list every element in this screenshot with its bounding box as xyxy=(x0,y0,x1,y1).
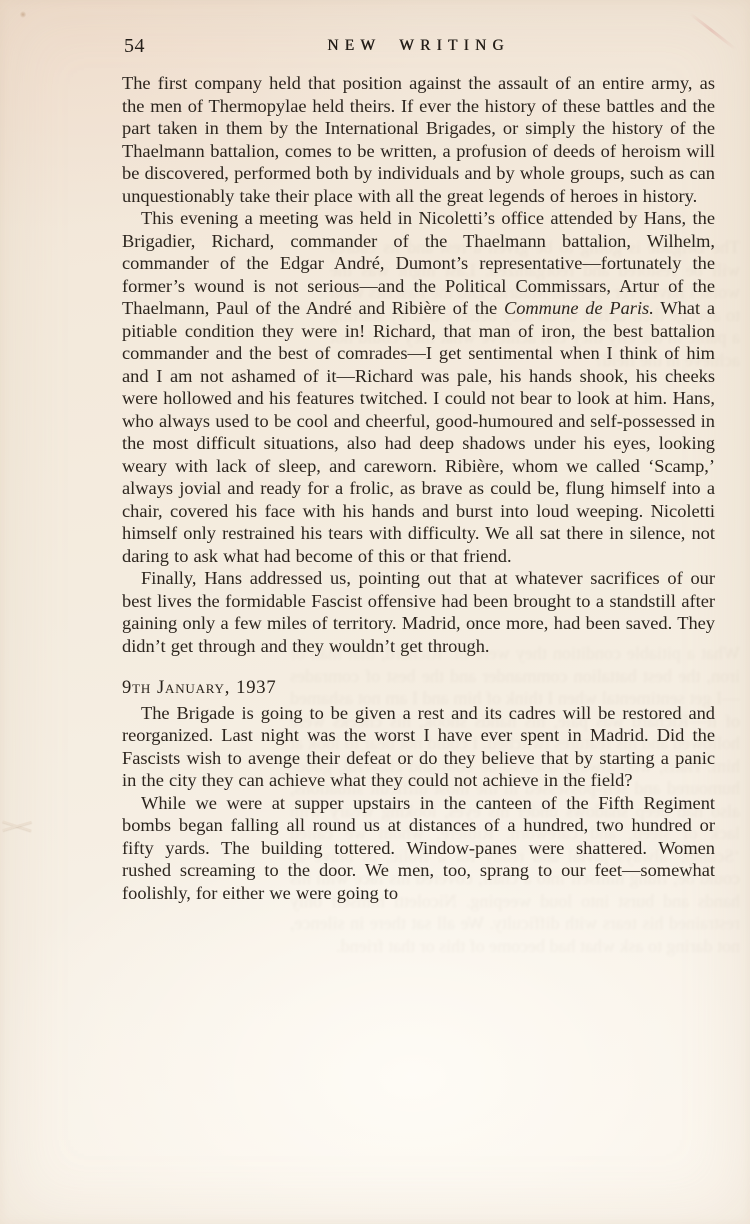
paragraph-finally-hans: Finally, Hans addressed us, pointing out… xyxy=(122,567,715,657)
paragraph-supper-bombs: While we were at supper upstairs in the … xyxy=(122,792,715,905)
paragraph-first-company: The first company held that position aga… xyxy=(122,72,715,207)
margin-smudge-mark xyxy=(0,814,36,840)
paragraph-segment: What a pitiable condition they were in! … xyxy=(122,298,715,566)
book-page: The Brigade is going to be given a rest … xyxy=(0,0,750,1224)
italic-phrase-commune-de-paris: Commune de Paris. xyxy=(504,298,654,318)
page-text-block: The first company held that position aga… xyxy=(122,72,715,904)
paragraph-brigade-rest: The Brigade is going to be given a rest … xyxy=(122,702,715,792)
paper-speck xyxy=(20,11,26,18)
running-header-title: NEW WRITING xyxy=(122,37,715,55)
running-head: 54 NEW WRITING xyxy=(122,34,715,60)
section-heading-date: 9th January, 1937 xyxy=(122,677,715,700)
paragraph-evening-meeting: This evening a meeting was held in Nicol… xyxy=(122,207,715,567)
